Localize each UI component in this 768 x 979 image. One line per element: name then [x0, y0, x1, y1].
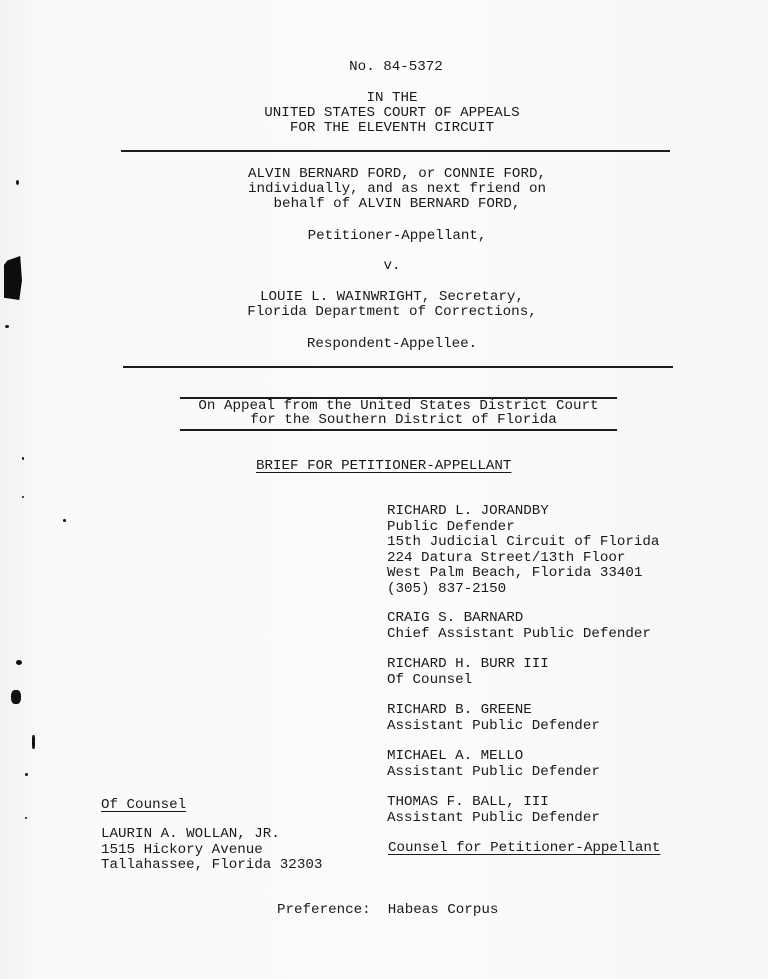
petitioner-role: Petitioner-Appellant,: [0, 229, 768, 245]
counsel-name: RICHARD B. GREENE: [387, 703, 600, 719]
counsel-title: Assistant Public Defender: [387, 811, 600, 827]
of-counsel-name: LAURIN A. WOLLAN, JR.: [101, 827, 322, 843]
appeal-bottom-rule: [180, 429, 617, 431]
counsel-title: Public Defender: [387, 520, 659, 536]
counsel-name: RICHARD H. BURR III: [387, 657, 549, 673]
counsel-block-burr: RICHARD H. BURR III Of Counsel: [387, 657, 549, 688]
counsel-name: THOMAS F. BALL, III: [387, 795, 600, 811]
counsel-title: Assistant Public Defender: [387, 719, 600, 735]
counsel-title: Of Counsel: [387, 673, 549, 689]
counsel-block-greene: RICHARD B. GREENE Assistant Public Defen…: [387, 703, 600, 734]
counsel-name: CRAIG S. BARNARD: [387, 611, 651, 627]
divider-rule: [121, 150, 670, 152]
scan-artifact-speck: [32, 735, 35, 749]
respondent-role: Respondent-Appellee.: [0, 337, 768, 353]
preference-value: Habeas Corpus: [388, 902, 499, 918]
counsel-block-barnard: CRAIG S. BARNARD Chief Assistant Public …: [387, 611, 651, 642]
counsel-phone: (305) 837-2150: [387, 582, 659, 598]
counsel-office: 15th Judicial Circuit of Florida: [387, 535, 659, 551]
counsel-block-mello: MICHAEL A. MELLO Assistant Public Defend…: [387, 749, 600, 780]
counsel-for-label: Counsel for Petitioner-Appellant: [388, 841, 660, 857]
scan-artifact-speck: [25, 773, 28, 776]
scan-artifact-speck: [22, 457, 24, 460]
of-counsel-address2: Tallahassee, Florida 32303: [101, 858, 322, 874]
counsel-block-jorandby: RICHARD L. JORANDBY Public Defender 15th…: [387, 504, 659, 597]
of-counsel-address1: 1515 Hickory Avenue: [101, 843, 322, 859]
scan-artifact-speck: [16, 660, 22, 665]
counsel-city: West Palm Beach, Florida 33401: [387, 566, 659, 582]
scan-artifact-speck: [5, 325, 9, 328]
counsel-name: MICHAEL A. MELLO: [387, 749, 600, 765]
counsel-title: Chief Assistant Public Defender: [387, 627, 651, 643]
versus-label: v.: [0, 259, 768, 275]
scan-artifact-speck: [63, 519, 66, 522]
petitioner-line3: behalf of ALVIN BERNARD FORD,: [0, 197, 768, 213]
counsel-title: Assistant Public Defender: [387, 765, 600, 781]
appeal-line2: for the Southern District of Florida: [0, 413, 768, 429]
divider-rule: [123, 366, 673, 368]
court-heading-line3: FOR THE ELEVENTH CIRCUIT: [0, 121, 768, 137]
scan-artifact-speck: [25, 817, 27, 819]
counsel-block-ball: THOMAS F. BALL, III Assistant Public Def…: [387, 795, 600, 826]
counsel-name: RICHARD L. JORANDBY: [387, 504, 659, 520]
preference-label: Preference:: [277, 902, 371, 918]
case-number: No. 84-5372: [0, 60, 768, 76]
respondent-line2: Florida Department of Corrections,: [0, 305, 768, 321]
of-counsel-block: LAURIN A. WOLLAN, JR. 1515 Hickory Avenu…: [101, 827, 322, 874]
counsel-address: 224 Datura Street/13th Floor: [387, 551, 659, 567]
document-page: No. 84-5372 IN THE UNITED STATES COURT O…: [0, 0, 768, 979]
scan-artifact-speck: [22, 496, 24, 498]
scan-artifact-speck: [11, 690, 21, 704]
of-counsel-heading: Of Counsel: [101, 798, 186, 814]
preference-line: Preference: Habeas Corpus: [277, 903, 498, 919]
brief-title: BRIEF FOR PETITIONER-APPELLANT: [256, 459, 511, 475]
